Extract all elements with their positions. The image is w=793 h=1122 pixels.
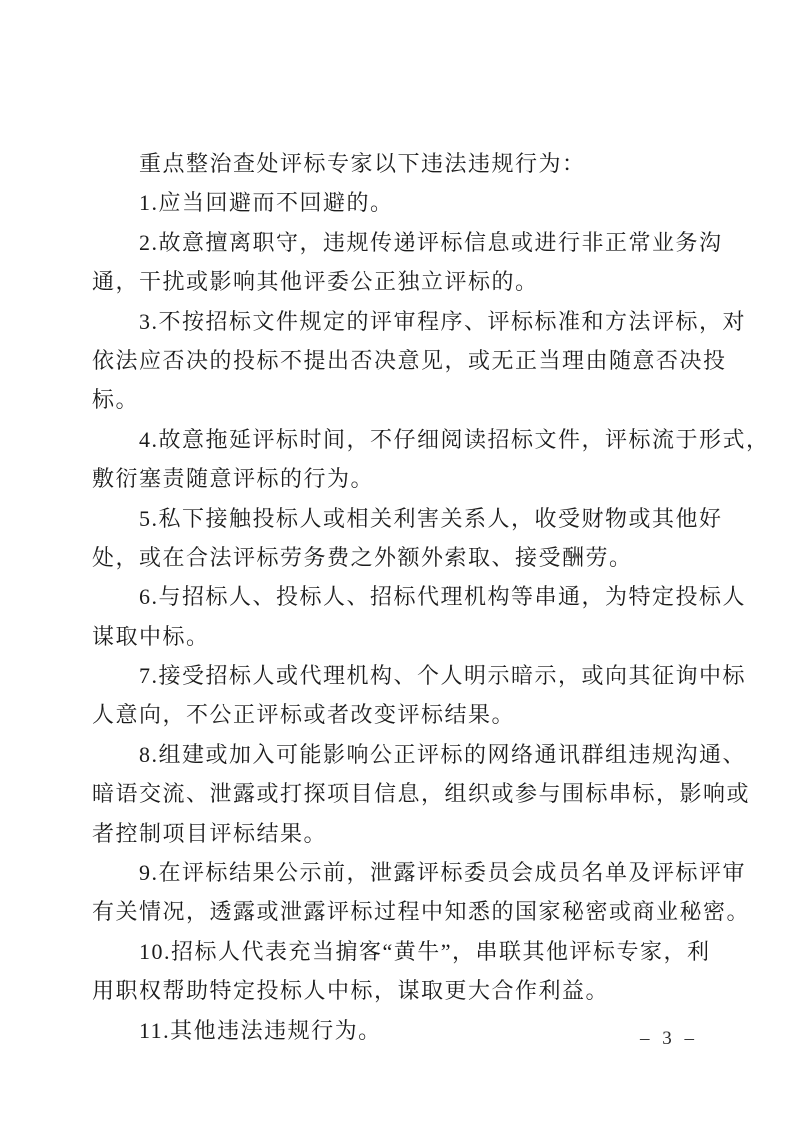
text-line: 6.与招标人、投标人、招标代理机构等串通，为特定投标人 <box>92 577 734 616</box>
text-line: 9.在评标结果公示前，泄露评标委员会成员名单及评标评审 <box>92 853 734 892</box>
text-line: 重点整治查处评标专家以下违法违规行为： <box>92 144 734 183</box>
text-line: 1.应当回避而不回避的。 <box>92 183 734 222</box>
page-number: – 3 – <box>640 1028 698 1050</box>
paragraph: 6.与招标人、投标人、招标代理机构等串通，为特定投标人谋取中标。 <box>92 577 734 656</box>
text-line: 8.组建或加入可能影响公正评标的网络通讯群组违规沟通、 <box>92 735 734 774</box>
text-line: 2.故意擅离职守，违规传递评标信息或进行非正常业务沟 <box>92 223 734 262</box>
document-body: 重点整治查处评标专家以下违法违规行为：1.应当回避而不回避的。2.故意擅离职守，… <box>92 144 734 1050</box>
paragraph: 3.不按招标文件规定的评审程序、评标标准和方法评标，对依法应否决的投标不提出否决… <box>92 302 734 420</box>
paragraph: 8.组建或加入可能影响公正评标的网络通讯群组违规沟通、暗语交流、泄露或打探项目信… <box>92 735 734 853</box>
text-line: 敷衍塞责随意评标的行为。 <box>92 459 734 498</box>
text-line: 11.其他违法违规行为。 <box>92 1011 734 1050</box>
text-line: 5.私下接触投标人或相关利害关系人，收受财物或其他好 <box>92 499 734 538</box>
text-line: 用职权帮助特定投标人中标，谋取更大合作利益。 <box>92 971 734 1010</box>
paragraph: 4.故意拖延评标时间，不仔细阅读招标文件，评标流于形式，敷衍塞责随意评标的行为。 <box>92 420 734 499</box>
text-line: 4.故意拖延评标时间，不仔细阅读招标文件，评标流于形式， <box>92 420 734 459</box>
paragraph: 10.招标人代表充当掮客“黄牛”，串联其他评标专家，利用职权帮助特定投标人中标，… <box>92 932 734 1011</box>
document-page: 重点整治查处评标专家以下违法违规行为：1.应当回避而不回避的。2.故意擅离职守，… <box>0 0 793 1122</box>
text-line: 有关情况，透露或泄露评标过程中知悉的国家秘密或商业秘密。 <box>92 892 734 931</box>
text-line: 依法应否决的投标不提出否决意见，或无正当理由随意否决投 <box>92 341 734 380</box>
paragraph: 1.应当回避而不回避的。 <box>92 183 734 222</box>
paragraph: 11.其他违法违规行为。 <box>92 1011 734 1050</box>
text-line: 暗语交流、泄露或打探项目信息，组织或参与围标串标，影响或 <box>92 774 734 813</box>
text-line: 者控制项目评标结果。 <box>92 814 734 853</box>
paragraph: 9.在评标结果公示前，泄露评标委员会成员名单及评标评审有关情况，透露或泄露评标过… <box>92 853 734 932</box>
text-line: 10.招标人代表充当掮客“黄牛”，串联其他评标专家，利 <box>92 932 734 971</box>
text-line: 处，或在合法评标劳务费之外额外索取、接受酬劳。 <box>92 538 734 577</box>
text-line: 通，干扰或影响其他评委公正独立评标的。 <box>92 262 734 301</box>
text-line: 谋取中标。 <box>92 617 734 656</box>
text-line: 标。 <box>92 380 734 419</box>
paragraph: 7.接受招标人或代理机构、个人明示暗示，或向其征询中标人意向，不公正评标或者改变… <box>92 656 734 735</box>
paragraph: 重点整治查处评标专家以下违法违规行为： <box>92 144 734 183</box>
paragraph: 5.私下接触投标人或相关利害关系人，收受财物或其他好处，或在合法评标劳务费之外额… <box>92 499 734 578</box>
text-line: 3.不按招标文件规定的评审程序、评标标准和方法评标，对 <box>92 302 734 341</box>
paragraph: 2.故意擅离职守，违规传递评标信息或进行非正常业务沟通，干扰或影响其他评委公正独… <box>92 223 734 302</box>
text-line: 人意向，不公正评标或者改变评标结果。 <box>92 695 734 734</box>
text-line: 7.接受招标人或代理机构、个人明示暗示，或向其征询中标 <box>92 656 734 695</box>
